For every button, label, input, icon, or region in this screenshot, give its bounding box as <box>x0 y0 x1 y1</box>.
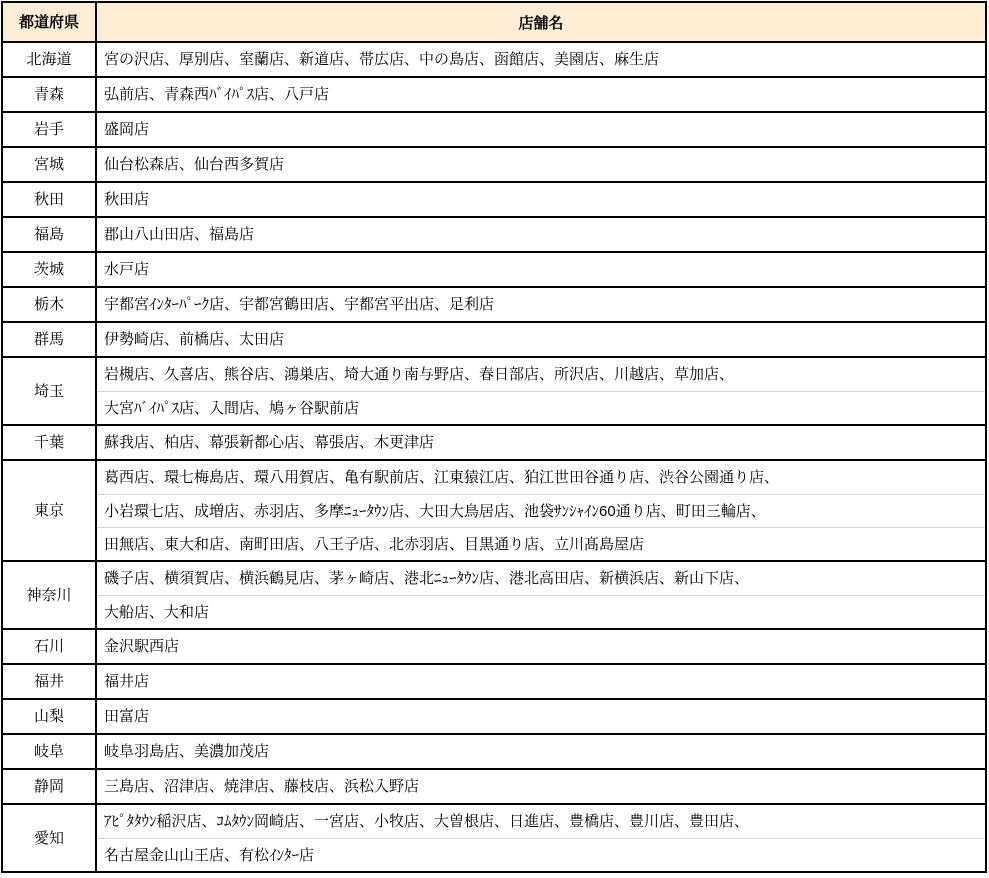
stores-cell: 磯子店、横須賀店、横浜鶴見店、茅ヶ崎店、港北ﾆｭｰﾀｳﾝ店、港北高田店、新横浜店… <box>97 562 985 628</box>
store-line: 田無店、東大和店、南町田店、八王子店、北赤羽店、目黒通り店、立川髙島屋店 <box>97 527 985 560</box>
table-row: 埼玉 岩槻店、久喜店、熊谷店、鴻巣店、埼大通り南与野店、春日部店、所沢店、川越店… <box>3 356 985 424</box>
prefecture-cell: 福井 <box>3 665 97 698</box>
table-row: 山梨 田富店 <box>3 698 985 733</box>
store-line: 郡山八山田店、福島店 <box>97 218 985 251</box>
table-row: 静岡 三島店、沼津店、焼津店、藤枝店、浜松入野店 <box>3 768 985 803</box>
table-row: 茨城 水戸店 <box>3 251 985 286</box>
table-row: 愛知 ｱﾋﾟﾀﾀｳﾝ稲沢店、ｺﾑﾀｳﾝ岡崎店、一宮店、小牧店、大曽根店、日進店、… <box>3 803 985 871</box>
prefecture-cell: 岐阜 <box>3 735 97 768</box>
table-row: 福島 郡山八山田店、福島店 <box>3 216 985 251</box>
prefecture-cell: 茨城 <box>3 253 97 286</box>
stores-cell: 盛岡店 <box>97 113 985 146</box>
store-line: 伊勢崎店、前橋店、太田店 <box>97 323 985 356</box>
table-row: 千葉 蘇我店、柏店、幕張新都心店、幕張店、木更津店 <box>3 424 985 459</box>
prefecture-cell: 福島 <box>3 218 97 251</box>
store-line: 蘇我店、柏店、幕張新都心店、幕張店、木更津店 <box>97 426 985 459</box>
table-row: 東京 葛西店、環七梅島店、環八用賀店、亀有駅前店、江東猿江店、狛江世田谷通り店、… <box>3 459 985 560</box>
prefecture-cell: 山梨 <box>3 700 97 733</box>
stores-cell: 三島店、沼津店、焼津店、藤枝店、浜松入野店 <box>97 770 985 803</box>
stores-cell: 葛西店、環七梅島店、環八用賀店、亀有駅前店、江東猿江店、狛江世田谷通り店、渋谷公… <box>97 461 985 560</box>
prefecture-cell: 栃木 <box>3 288 97 321</box>
store-line: 名古屋金山山王店、有松ｲﾝﾀｰ店 <box>97 838 985 871</box>
stores-cell: 郡山八山田店、福島店 <box>97 218 985 251</box>
store-line: 大船店、大和店 <box>97 595 985 628</box>
stores-cell: 秋田店 <box>97 183 985 216</box>
store-line: 水戸店 <box>97 253 985 286</box>
store-line: 田富店 <box>97 700 985 733</box>
prefecture-cell: 群馬 <box>3 323 97 356</box>
prefecture-cell: 千葉 <box>3 426 97 459</box>
store-line: 宇都宮ｲﾝﾀｰﾊﾟｰｸ店、宇都宮鶴田店、宇都宮平出店、足利店 <box>97 288 985 321</box>
header-stores: 店舗名 <box>97 3 985 41</box>
stores-cell: 仙台松森店、仙台西多賀店 <box>97 148 985 181</box>
store-line: 小岩環七店、成増店、赤羽店、多摩ﾆｭｰﾀｳﾝ店、大田大鳥居店、池袋ｻﾝｼｬｲﾝ6… <box>97 494 985 527</box>
stores-cell: 金沢駅西店 <box>97 630 985 663</box>
prefecture-cell: 宮城 <box>3 148 97 181</box>
store-line: 岩槻店、久喜店、熊谷店、鴻巣店、埼大通り南与野店、春日部店、所沢店、川越店、草加… <box>97 358 985 391</box>
prefecture-cell: 埼玉 <box>3 358 97 424</box>
store-line: 金沢駅西店 <box>97 630 985 663</box>
prefecture-cell: 北海道 <box>3 43 97 76</box>
prefecture-cell: 神奈川 <box>3 562 97 628</box>
table-row: 青森 弘前店、青森西ﾊﾞｲﾊﾟｽ店、八戸店 <box>3 76 985 111</box>
stores-cell: 宮の沢店、厚別店、室蘭店、新道店、帯広店、中の島店、函館店、美園店、麻生店 <box>97 43 985 76</box>
prefecture-cell: 東京 <box>3 461 97 560</box>
stores-cell: 岐阜羽島店、美濃加茂店 <box>97 735 985 768</box>
stores-cell: 弘前店、青森西ﾊﾞｲﾊﾟｽ店、八戸店 <box>97 78 985 111</box>
store-line: 盛岡店 <box>97 113 985 146</box>
stores-cell: 岩槻店、久喜店、熊谷店、鴻巣店、埼大通り南与野店、春日部店、所沢店、川越店、草加… <box>97 358 985 424</box>
table-row: 北海道 宮の沢店、厚別店、室蘭店、新道店、帯広店、中の島店、函館店、美園店、麻生… <box>3 41 985 76</box>
table-header-row: 都道府県 店舗名 <box>3 3 985 41</box>
store-line: 秋田店 <box>97 183 985 216</box>
table-row: 岩手 盛岡店 <box>3 111 985 146</box>
prefecture-cell: 石川 <box>3 630 97 663</box>
stores-cell: ｱﾋﾟﾀﾀｳﾝ稲沢店、ｺﾑﾀｳﾝ岡崎店、一宮店、小牧店、大曽根店、日進店、豊橋店… <box>97 805 985 871</box>
store-line: 仙台松森店、仙台西多賀店 <box>97 148 985 181</box>
stores-cell: 水戸店 <box>97 253 985 286</box>
store-line: 磯子店、横須賀店、横浜鶴見店、茅ヶ崎店、港北ﾆｭｰﾀｳﾝ店、港北高田店、新横浜店… <box>97 562 985 595</box>
store-line: 福井店 <box>97 665 985 698</box>
store-line: 弘前店、青森西ﾊﾞｲﾊﾟｽ店、八戸店 <box>97 78 985 111</box>
stores-cell: 福井店 <box>97 665 985 698</box>
store-line: 葛西店、環七梅島店、環八用賀店、亀有駅前店、江東猿江店、狛江世田谷通り店、渋谷公… <box>97 461 985 494</box>
table-body: 北海道 宮の沢店、厚別店、室蘭店、新道店、帯広店、中の島店、函館店、美園店、麻生… <box>3 41 985 871</box>
table-row: 秋田 秋田店 <box>3 181 985 216</box>
table-row: 岐阜 岐阜羽島店、美濃加茂店 <box>3 733 985 768</box>
store-line: 三島店、沼津店、焼津店、藤枝店、浜松入野店 <box>97 770 985 803</box>
store-line: 宮の沢店、厚別店、室蘭店、新道店、帯広店、中の島店、函館店、美園店、麻生店 <box>97 43 985 76</box>
stores-cell: 宇都宮ｲﾝﾀｰﾊﾟｰｸ店、宇都宮鶴田店、宇都宮平出店、足利店 <box>97 288 985 321</box>
table-row: 石川 金沢駅西店 <box>3 628 985 663</box>
table-row: 神奈川 磯子店、横須賀店、横浜鶴見店、茅ヶ崎店、港北ﾆｭｰﾀｳﾝ店、港北高田店、… <box>3 560 985 628</box>
stores-cell: 伊勢崎店、前橋店、太田店 <box>97 323 985 356</box>
prefecture-cell: 愛知 <box>3 805 97 871</box>
prefecture-cell: 岩手 <box>3 113 97 146</box>
prefecture-cell: 静岡 <box>3 770 97 803</box>
table-row: 群馬 伊勢崎店、前橋店、太田店 <box>3 321 985 356</box>
stores-cell: 田富店 <box>97 700 985 733</box>
store-table: 都道府県 店舗名 北海道 宮の沢店、厚別店、室蘭店、新道店、帯広店、中の島店、函… <box>1 1 987 873</box>
header-prefecture: 都道府県 <box>3 3 97 41</box>
prefecture-cell: 青森 <box>3 78 97 111</box>
store-line: 大宮ﾊﾞｲﾊﾟｽ店、入間店、鳩ヶ谷駅前店 <box>97 391 985 424</box>
store-line: ｱﾋﾟﾀﾀｳﾝ稲沢店、ｺﾑﾀｳﾝ岡崎店、一宮店、小牧店、大曽根店、日進店、豊橋店… <box>97 805 985 838</box>
prefecture-cell: 秋田 <box>3 183 97 216</box>
table-row: 栃木 宇都宮ｲﾝﾀｰﾊﾟｰｸ店、宇都宮鶴田店、宇都宮平出店、足利店 <box>3 286 985 321</box>
store-line: 岐阜羽島店、美濃加茂店 <box>97 735 985 768</box>
stores-cell: 蘇我店、柏店、幕張新都心店、幕張店、木更津店 <box>97 426 985 459</box>
table-row: 福井 福井店 <box>3 663 985 698</box>
table-row: 宮城 仙台松森店、仙台西多賀店 <box>3 146 985 181</box>
